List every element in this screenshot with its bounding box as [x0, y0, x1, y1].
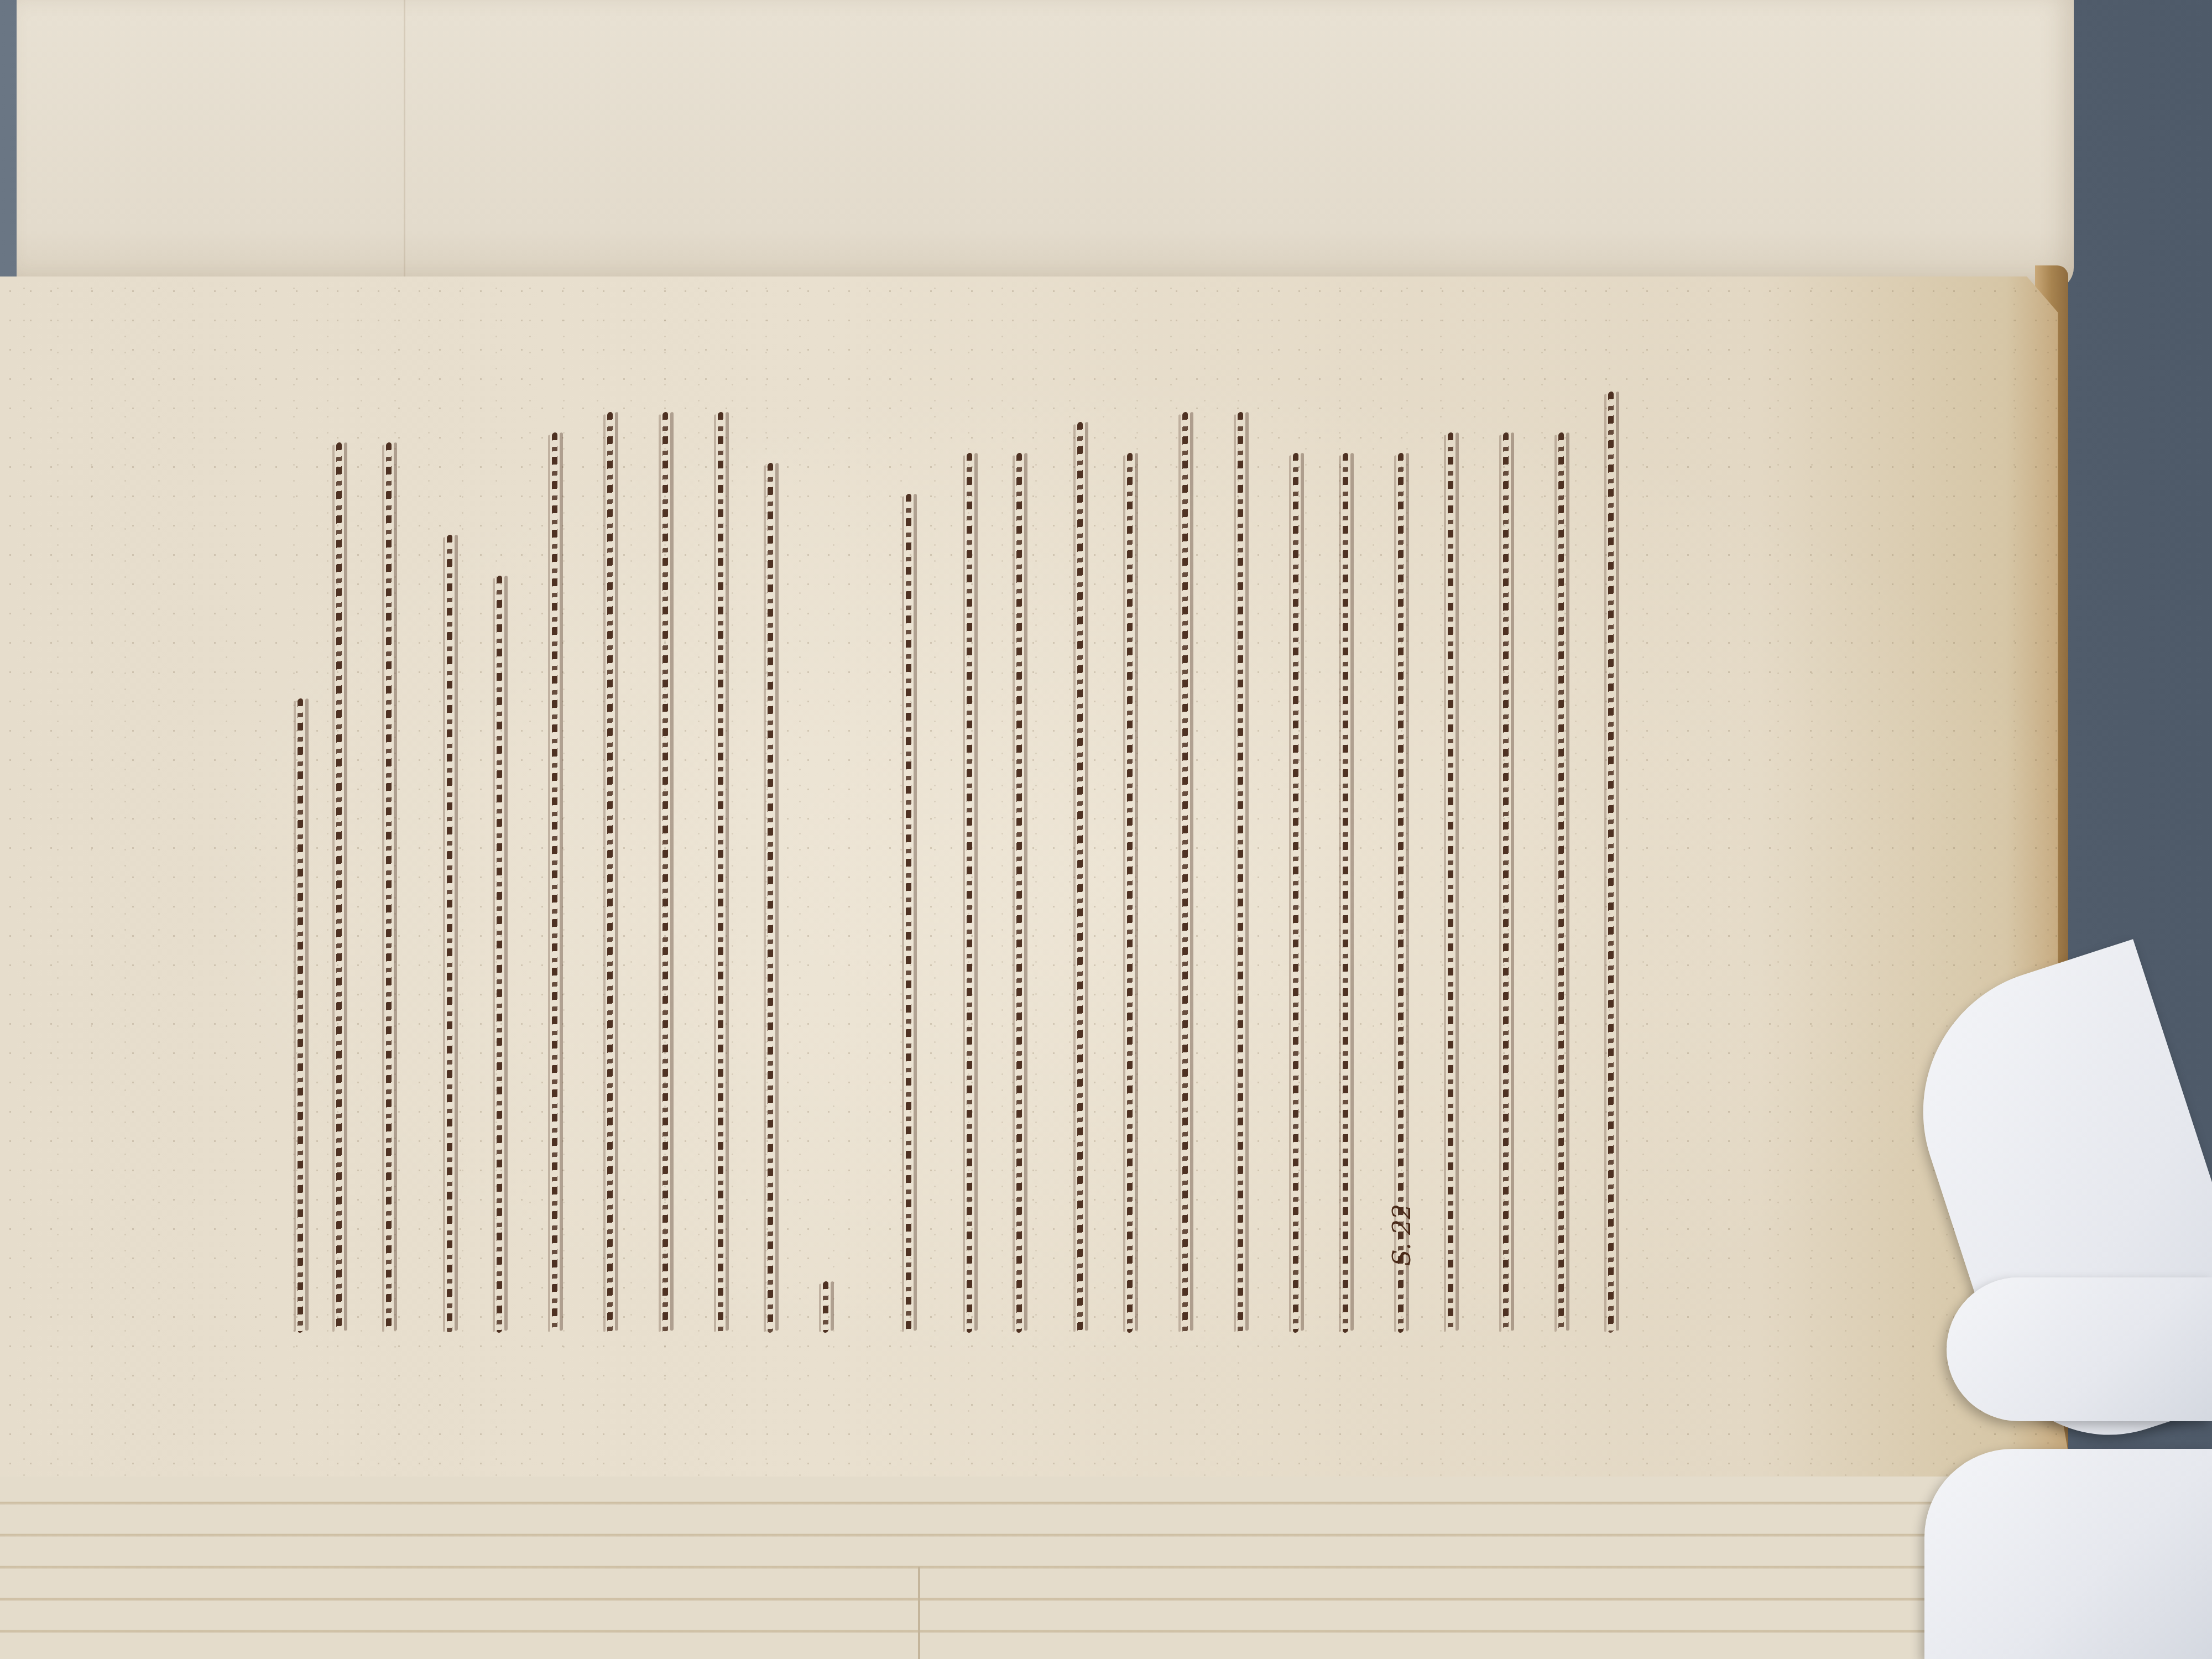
ink-stroke [906, 493, 911, 1333]
ink-stroke [298, 698, 303, 1333]
ink-stroke [1238, 411, 1243, 1333]
handwritten-line [957, 310, 982, 1333]
handwritten-line [1548, 310, 1574, 1333]
handwritten-text-block: S. 22 [288, 310, 1725, 1333]
ink-stroke [1182, 411, 1188, 1333]
ink-stroke [1293, 452, 1298, 1333]
handwritten-line [1117, 310, 1142, 1333]
white-glove-finger [1947, 1277, 2212, 1421]
ink-stroke [447, 534, 452, 1333]
handwritten-line [653, 310, 678, 1333]
ink-stroke [497, 575, 502, 1333]
ink-stroke [823, 1281, 828, 1333]
ink-stroke [718, 411, 723, 1333]
handwritten-line [1006, 310, 1032, 1333]
handwritten-line [708, 310, 733, 1333]
handwritten-line [1172, 310, 1198, 1333]
handwritten-line [542, 310, 567, 1333]
ink-stroke [1398, 452, 1404, 1333]
handwritten-line [896, 310, 921, 1333]
ink-stroke [1608, 391, 1614, 1333]
handwritten-line [1438, 310, 1463, 1333]
handwritten-line [288, 310, 313, 1333]
handwritten-line [376, 310, 401, 1333]
white-glove-hand [1924, 1449, 2212, 1659]
handwritten-line [813, 310, 838, 1333]
ink-stroke [607, 411, 613, 1333]
handwritten-line: S. 22 [1388, 310, 1413, 1333]
handwritten-line [326, 310, 352, 1333]
handwritten-line [437, 310, 462, 1333]
handwritten-line [1333, 310, 1358, 1333]
handwritten-line [1283, 310, 1308, 1333]
handwritten-line [487, 310, 512, 1333]
ink-stroke [336, 442, 342, 1333]
handwritten-line [1598, 310, 1624, 1333]
handwritten-line [1067, 310, 1093, 1333]
ink-stroke [1127, 452, 1133, 1333]
page-tear [918, 1567, 920, 1659]
ink-stroke [1558, 432, 1564, 1333]
handwritten-line [758, 310, 783, 1333]
ink-stroke [1343, 452, 1348, 1333]
ink-stroke [552, 432, 557, 1333]
ink-stroke [386, 442, 392, 1333]
ink-stroke [1077, 421, 1083, 1333]
legible-fragment: S. 22 [1388, 1204, 1416, 1266]
ink-stroke [768, 462, 773, 1333]
ink-stroke [967, 452, 972, 1333]
ink-stroke [1448, 432, 1453, 1333]
handwritten-line [1228, 310, 1253, 1333]
handwritten-line [597, 310, 623, 1333]
facing-page [17, 0, 2074, 290]
ink-stroke [662, 411, 668, 1333]
page-stack-edges [0, 1471, 2057, 1659]
handwritten-line [1493, 310, 1519, 1333]
ink-stroke [1503, 432, 1509, 1333]
ink-stroke [1016, 452, 1022, 1333]
